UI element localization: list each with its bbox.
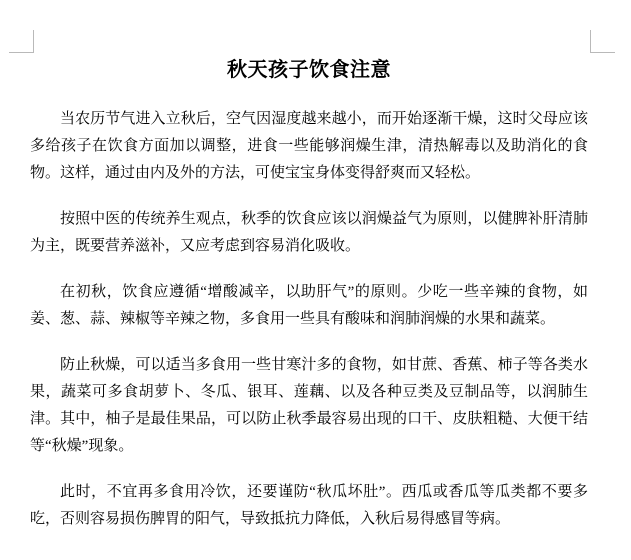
margin-crop-mark-top-left (9, 30, 34, 53)
document-title[interactable]: 秋天孩子饮食注意 (30, 56, 588, 84)
document-text-area[interactable]: 秋天孩子饮食注意 当农历节气进入立秋后，空气因湿度越来越小，而开始逐渐干燥，这时… (30, 52, 588, 552)
paragraph-tcm-principle[interactable]: 按照中医的传统养生观点，秋季的饮食应该以润燥益气为原则，以健脾补肝清肺为主，既要… (30, 206, 588, 260)
margin-crop-mark-top-right (590, 30, 615, 53)
paragraph-cold-drinks-warning[interactable]: 此时，不宜再多食用冷饮，还要谨防“秋瓜坏肚”。西瓜或香瓜等瓜类都不要多吃，否则容… (30, 479, 588, 533)
document-page: 秋天孩子饮食注意 当农历节气进入立秋后，空气因湿度越来越小，而开始逐渐干燥，这时… (0, 0, 631, 560)
paragraph-prevent-dryness-foods[interactable]: 防止秋燥，可以适当多食用一些甘寒汁多的食物，如甘蔗、香蕉、柿子等各类水果，蔬菜可… (30, 352, 588, 460)
paragraph-intro-liqiu[interactable]: 当农历节气进入立秋后，空气因湿度越来越小，而开始逐渐干燥，这时父母应该多给孩子在… (30, 106, 588, 187)
paragraph-early-autumn-rule[interactable]: 在初秋，饮食应遵循“增酸减辛，以助肝气”的原则。少吃一些辛辣的食物，如姜、葱、蒜… (30, 279, 588, 333)
